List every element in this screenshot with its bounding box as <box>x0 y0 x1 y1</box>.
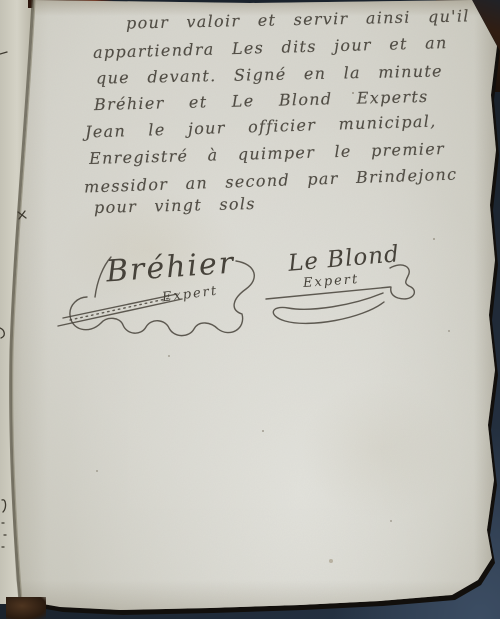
stray-ink-marks <box>0 0 40 619</box>
leblond-paraph <box>273 293 384 323</box>
brehier-paraph <box>70 298 170 320</box>
brehier-paraph <box>70 261 254 336</box>
leblond-paraph <box>390 265 414 299</box>
signature-flourishes <box>40 245 440 350</box>
brehier-paraph <box>63 294 177 318</box>
book-cover-bottom <box>6 597 46 619</box>
manuscript-page: pour valoir et servir ainsi qu'il appart… <box>0 0 500 614</box>
brehier-paraph <box>95 257 111 297</box>
handwritten-line: pour vingt sols <box>94 194 256 217</box>
paper-stain <box>300 380 460 520</box>
manuscript-photo: pour valoir et servir ainsi qu'il appart… <box>0 0 500 619</box>
